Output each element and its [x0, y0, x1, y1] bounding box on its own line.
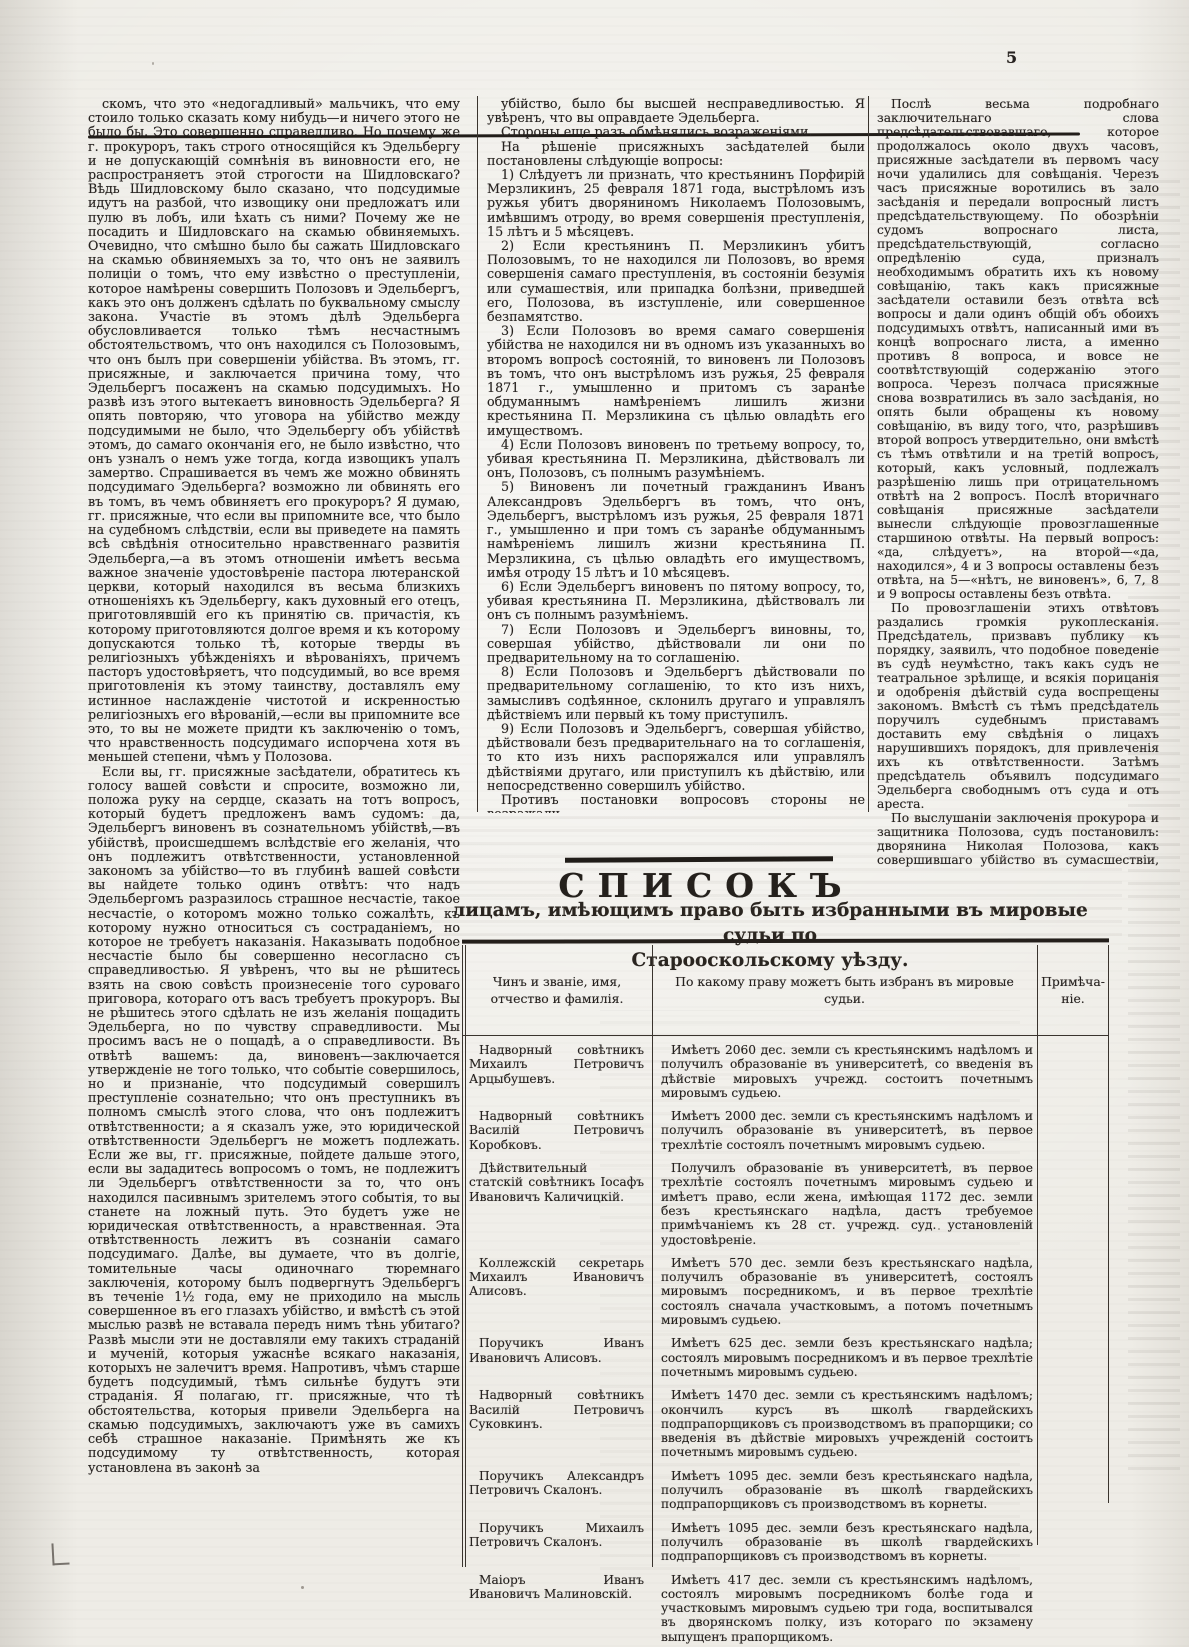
newspaper-page: 5 скомъ, что это «недогадливый» мальчикъ… — [0, 0, 1189, 1647]
column-divider-left — [477, 96, 478, 812]
corner-mark — [51, 1543, 69, 1566]
cell-note — [1037, 1043, 1109, 1100]
paragraph: 1) Слѣдуетъ ли признать, что крестьянинъ… — [487, 168, 865, 239]
paragraph: 3) Если Полозовъ во время самаго соверше… — [487, 324, 865, 438]
candidates-table: Чинъ и званіе, имя, отчество и фамилія. … — [462, 945, 1109, 1595]
middle-column: убійство, было бы высшей несправедливост… — [487, 97, 865, 813]
column-divider-right — [868, 96, 869, 812]
cell-basis: Имѣетъ 1095 дес. земли безъ крестьянскаг… — [652, 1469, 1037, 1512]
paragraph: Противъ постановки вопросовъ стороны не … — [487, 793, 865, 813]
table-row: Поручикъ Александръ Петровичъ Скалонъ. И… — [462, 1469, 1109, 1512]
paragraph: скомъ, что это «недогадливый» мальчикъ, … — [88, 97, 460, 765]
table-header-row: Чинъ и званіе, имя, отчество и фамилія. … — [462, 945, 1109, 1036]
cell-basis: Имѣетъ 1095 дес. земли безъ крестьянскаг… — [652, 1521, 1037, 1564]
paragraph: 8) Если Полозовъ и Эдельбергъ дѣйствовал… — [487, 665, 865, 722]
cell-note — [1037, 1469, 1109, 1512]
paragraph: Стороны еще разъ обмѣнялись возраженіями… — [487, 125, 865, 139]
cell-basis: Имѣетъ 1470 дес. земли съ крестьянскимъ … — [652, 1388, 1037, 1459]
cell-rank-name: Коллежскій секретарь Михаилъ Ивановичъ А… — [462, 1256, 652, 1327]
paragraph: 5) Виновенъ ли почетный гражданинъ Иванъ… — [487, 480, 865, 579]
cell-basis: Имѣетъ 2060 дес. земли съ крестьянскимъ … — [652, 1043, 1037, 1100]
cell-basis: Имѣетъ 417 дес. земли съ крестьянскимъ н… — [652, 1573, 1037, 1644]
cell-note — [1037, 1388, 1109, 1459]
cell-basis: Имѣетъ 2000 дес. земли съ крестьянскимъ … — [652, 1109, 1037, 1152]
paragraph: убійство, было бы высшей несправедливост… — [487, 97, 865, 125]
cell-note — [1037, 1256, 1109, 1327]
table-row: Поручикъ Иванъ Ивановичъ Алисовъ. Имѣетъ… — [462, 1336, 1109, 1379]
table-row: Коллежскій секретарь Михаилъ Ивановичъ А… — [462, 1256, 1109, 1327]
paragraph: По провозглашеніи этихъ отвѣтовъ раздали… — [877, 601, 1159, 811]
cell-note — [1037, 1336, 1109, 1379]
cell-note — [1037, 1161, 1109, 1247]
table-row: Поручикъ Михаилъ Петровичъ Скалонъ. Имѣе… — [462, 1521, 1109, 1564]
table-row: Надворный совѣтникъ Василій Петровичъ Су… — [462, 1388, 1109, 1459]
paragraph: 9) Если Полозовъ и Эдельбергъ, совершая … — [487, 722, 865, 793]
right-column: Послѣ весьма подробнаго заключительнаго … — [877, 97, 1159, 869]
paragraph: 6) Если Эдельбергъ виновенъ по пятому во… — [487, 580, 865, 623]
cell-rank-name: Поручикъ Александръ Петровичъ Скалонъ. — [462, 1469, 652, 1512]
cell-rank-name: Надворный совѣтникъ Василій Петровичъ Су… — [462, 1388, 652, 1459]
cell-rank-name: Поручикъ Иванъ Ивановичъ Алисовъ. — [462, 1336, 652, 1379]
paper-speck — [301, 1586, 304, 1589]
cell-note — [1037, 1521, 1109, 1564]
section-rule — [565, 856, 833, 862]
cell-rank-name: Надворный совѣтникъ Михаилъ Петровичъ Ар… — [462, 1043, 652, 1100]
paragraph: 4) Если Полозовъ виновенъ по третьему во… — [487, 438, 865, 481]
cell-basis: Имѣетъ 625 дес. земли безъ крестьянскаго… — [652, 1336, 1037, 1379]
cell-rank-name: Поручикъ Михаилъ Петровичъ Скалонъ. — [462, 1521, 652, 1564]
cell-rank-name: Надворный совѣтникъ Василій Петровичъ Ко… — [462, 1109, 652, 1152]
paragraph: По выслушаніи заключенія прокурора и защ… — [877, 811, 1159, 869]
column-header-note: Примѣча-ніе. — [1037, 945, 1109, 1035]
paragraph: 2) Если крестьянинъ П. Мерзликинъ убитъ … — [487, 239, 865, 324]
paragraph: 7) Если Полозовъ и Эдельбергъ виновны, т… — [487, 623, 865, 666]
table-body: Надворный совѣтникъ Михаилъ Петровичъ Ар… — [462, 1036, 1109, 1647]
left-column: скомъ, что это «недогадливый» мальчикъ, … — [88, 97, 460, 1521]
page-number: 5 — [1006, 48, 1018, 67]
cell-basis: Получилъ образованіе въ университетѣ, въ… — [652, 1161, 1037, 1247]
table-row: Надворный совѣтникъ Василій Петровичъ Ко… — [462, 1109, 1109, 1152]
cell-basis: Имѣетъ 570 дес. земли безъ крестьянскаго… — [652, 1256, 1037, 1327]
paper-speck — [152, 62, 154, 65]
paragraph: На рѣшеніе присяжныхъ засѣдателей были п… — [487, 140, 865, 168]
cell-note — [1037, 1573, 1109, 1644]
table-row: Маіоръ Иванъ Ивановичъ Малиновскій. Имѣе… — [462, 1573, 1109, 1644]
paper-speck — [938, 1228, 940, 1230]
cell-note — [1037, 1109, 1109, 1152]
column-header-rank-name: Чинъ и званіе, имя, отчество и фамилія. — [462, 945, 652, 1035]
column-header-basis: По какому праву можетъ быть избранъ въ м… — [652, 945, 1037, 1035]
table-row: Надворный совѣтникъ Михаилъ Петровичъ Ар… — [462, 1043, 1109, 1100]
paragraph: Послѣ весьма подробнаго заключительнаго … — [877, 97, 1159, 601]
cell-rank-name: Маіоръ Иванъ Ивановичъ Малиновскій. — [462, 1573, 652, 1644]
table-row: Дѣйствительный статскій совѣтникъ Іосафъ… — [462, 1161, 1109, 1247]
cell-rank-name: Дѣйствительный статскій совѣтникъ Іосафъ… — [462, 1161, 652, 1247]
